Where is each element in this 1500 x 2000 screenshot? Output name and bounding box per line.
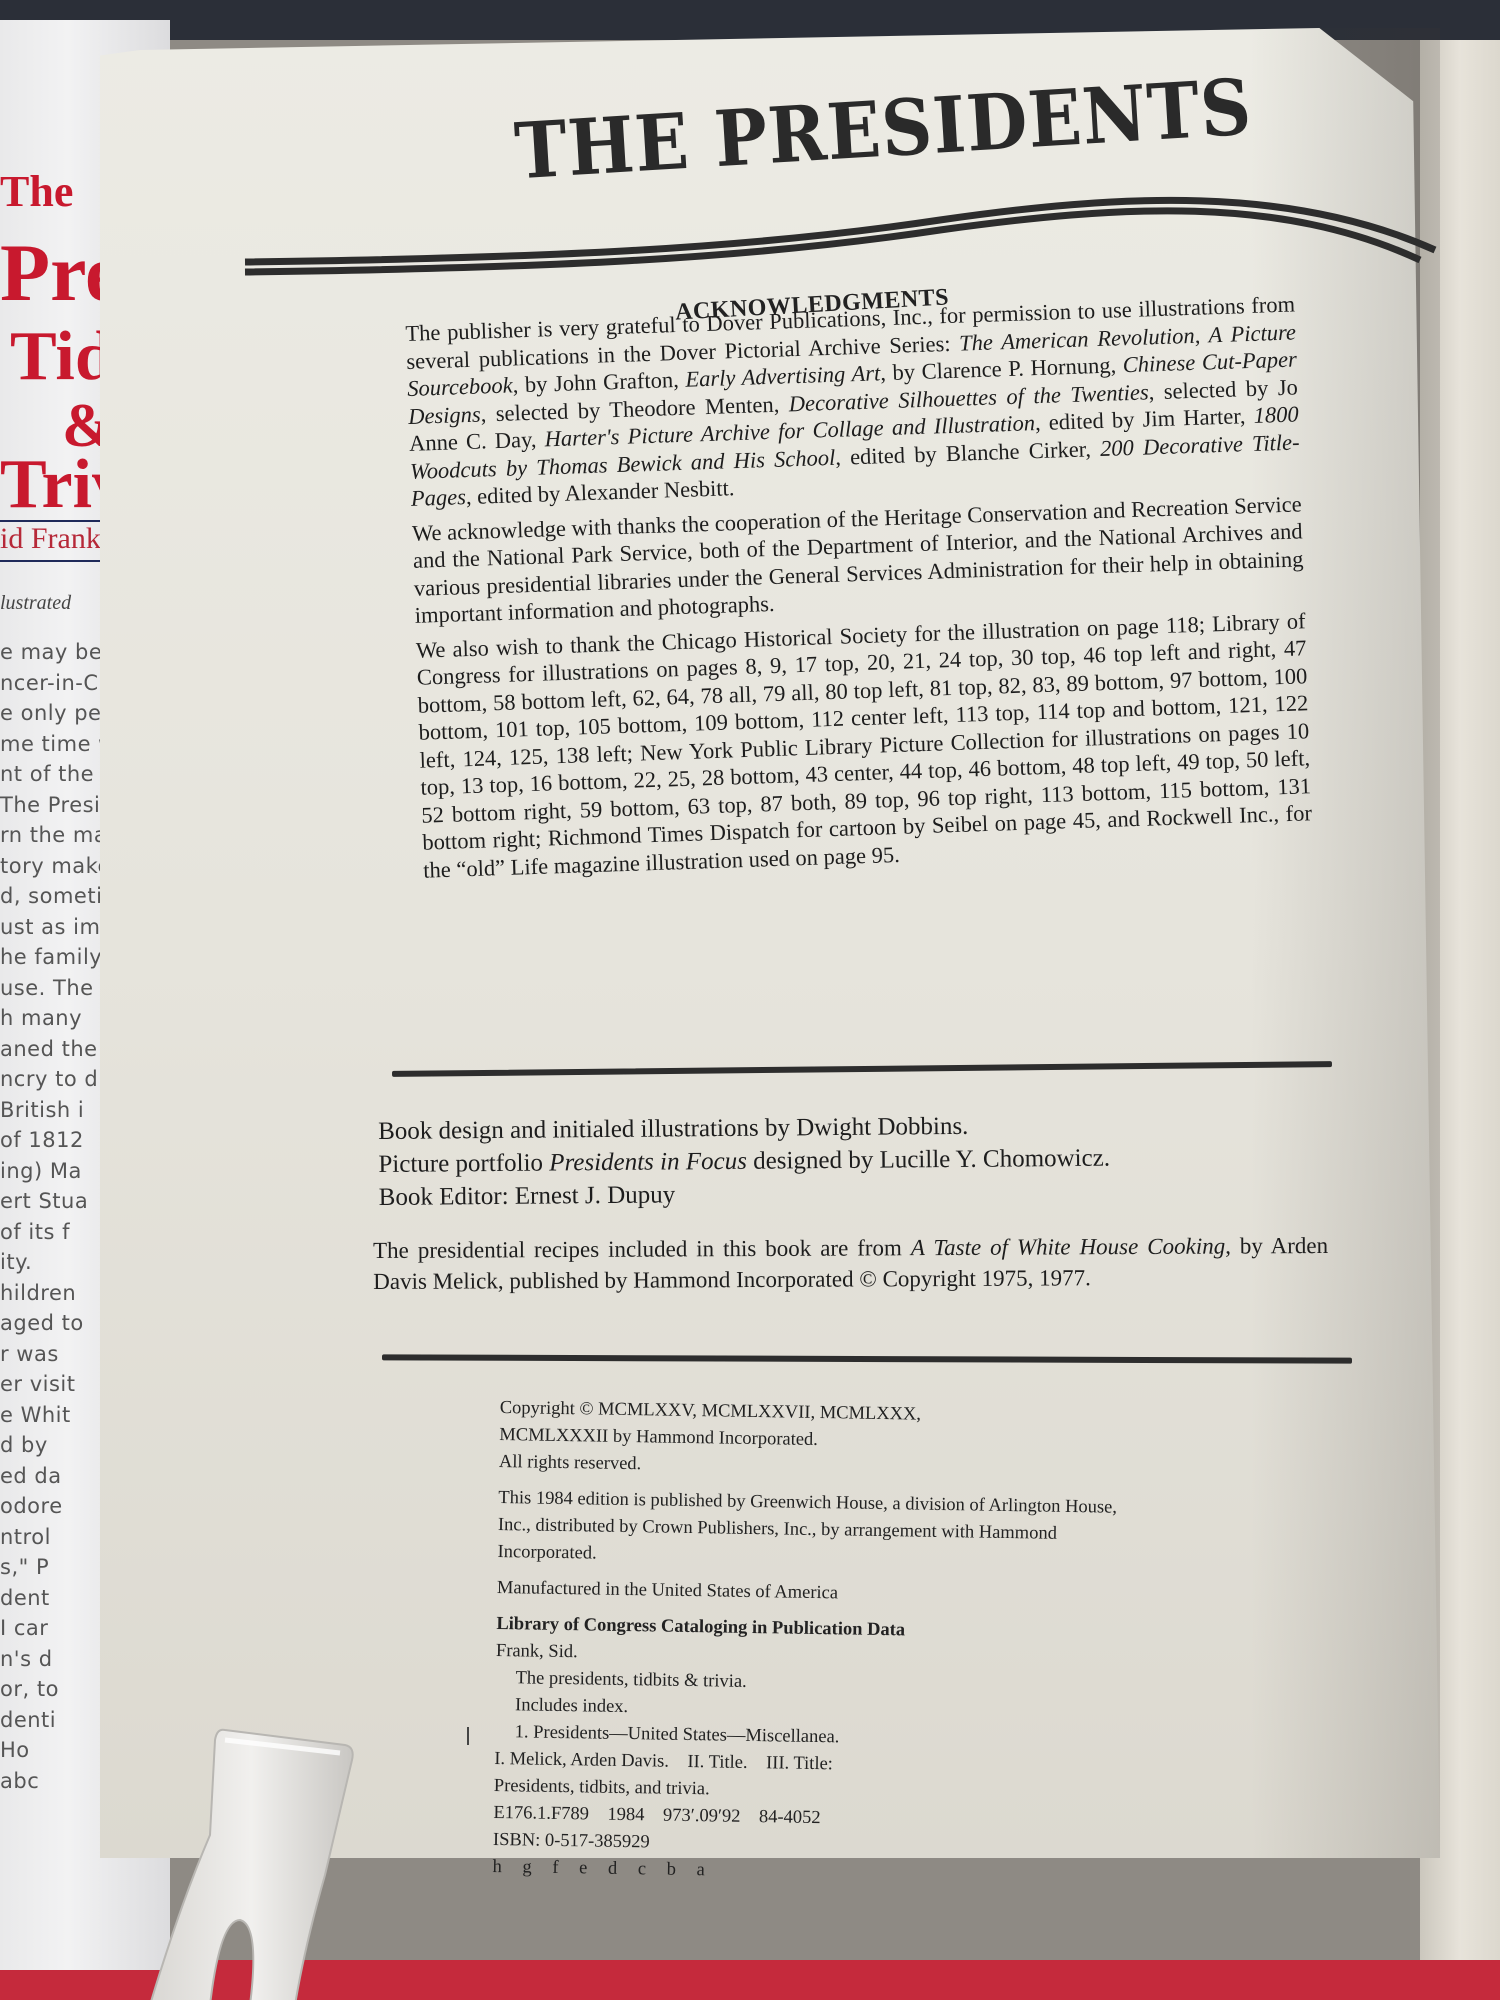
cover-text-fragment: me time w <box>0 732 116 756</box>
cover-text-fragment: ust as im <box>0 915 100 939</box>
title-swoosh-rule <box>240 190 1440 280</box>
acknowledgment-paragraph: We also wish to thank the Chicago Histor… <box>415 607 1313 884</box>
cover-text-fragment: British i <box>0 1098 84 1122</box>
cover-text-fragment: h many <box>0 1006 82 1030</box>
cover-text-fragment: r was <box>0 1342 59 1366</box>
cover-text-fragment: ntrol <box>0 1525 51 1549</box>
cover-text-fragment: Ho <box>0 1738 30 1762</box>
cover-illustrated: lustrated <box>0 592 71 615</box>
portfolio-prefix: Picture portfolio <box>378 1150 549 1178</box>
bookmark-clip <box>130 1725 360 2000</box>
cover-text-fragment: tory make <box>0 854 111 878</box>
portfolio-title: Presidents in Focus <box>549 1148 747 1177</box>
cover-text-fragment: ncer-in-C <box>0 671 99 695</box>
acknowledgment-paragraph: The publisher is very grateful to Dover … <box>405 290 1301 512</box>
cover-text-fragment: of its f <box>0 1220 70 1244</box>
text-run: , edited by Jim Harter, <box>1035 403 1254 435</box>
cover-text-fragment: e Whit <box>0 1403 71 1427</box>
cover-text-fragment: aned the <box>0 1037 98 1061</box>
credits-block: Book design and initialed illustrations … <box>378 1107 1329 1214</box>
text-run: We acknowledge with thanks the cooperati… <box>412 491 1304 628</box>
cover-text-fragment: d by <box>0 1433 48 1457</box>
text-run: , edited by Blanche Cirker, <box>835 436 1101 470</box>
cover-text-fragment: The Presid <box>0 793 114 817</box>
recipes-book-title: A Taste of White House Cooking <box>911 1234 1225 1261</box>
book-title: Early Advertising Art <box>685 360 881 391</box>
cover-author: id Frank <box>0 522 101 556</box>
cover-text-fragment: use. The <box>0 976 94 1000</box>
cover-text-fragment: ing) Ma <box>0 1159 82 1183</box>
cover-text-fragment: ert Stua <box>0 1189 88 1213</box>
acknowledgments-body: The publisher is very grateful to Dover … <box>405 290 1313 890</box>
cover-text-fragment: er visit <box>0 1372 76 1396</box>
cover-text-fragment: s," P <box>0 1555 49 1579</box>
edition-note: This 1984 edition is published by Greenw… <box>497 1485 1118 1576</box>
manufactured-note: Manufactured in the United States of Ame… <box>497 1575 1117 1612</box>
acknowledgment-paragraph: We acknowledge with thanks the cooperati… <box>412 490 1305 629</box>
cover-title-line: The <box>0 170 73 214</box>
cover-text-fragment: I car <box>0 1616 48 1640</box>
cover-text-fragment: n's d <box>0 1647 53 1671</box>
cover-text-fragment: d, sometir <box>0 884 112 908</box>
cover-text-fragment: hildren <box>0 1281 76 1305</box>
cover-text-fragment: abc <box>0 1769 39 1793</box>
cover-text-fragment: or, to <box>0 1677 59 1701</box>
cover-text-fragment: ncry to d <box>0 1067 98 1091</box>
cover-text-fragment: odore <box>0 1494 63 1518</box>
cover-text-fragment: dent <box>0 1586 50 1610</box>
portfolio-suffix: designed by Lucille Y. Chomowicz. <box>747 1145 1110 1175</box>
recipes-prefix: The presidential recipes included in thi… <box>373 1235 911 1263</box>
cover-text-fragment: aged to <box>0 1311 84 1335</box>
cover-text-fragment: he family <box>0 945 102 969</box>
cover-text-fragment: nt of the U <box>0 762 117 786</box>
cover-text-fragment: e only per <box>0 701 111 725</box>
text-run: , by John Grafton, <box>512 367 686 398</box>
text-run: We also wish to thank the Chicago Histor… <box>416 608 1313 882</box>
cover-text-fragment: ity. <box>0 1250 32 1274</box>
cover-text-fragment: denti <box>0 1708 56 1732</box>
recipes-note: The presidential recipes included in thi… <box>373 1230 1328 1297</box>
copyright-block: Copyright © MCMLXXV, MCMLXXVII, MCMLXXX,… <box>492 1395 1120 1891</box>
cover-text-fragment: ed da <box>0 1464 62 1488</box>
page-mark <box>467 1727 469 1745</box>
cover-text-fragment: of 1812 <box>0 1128 84 1152</box>
